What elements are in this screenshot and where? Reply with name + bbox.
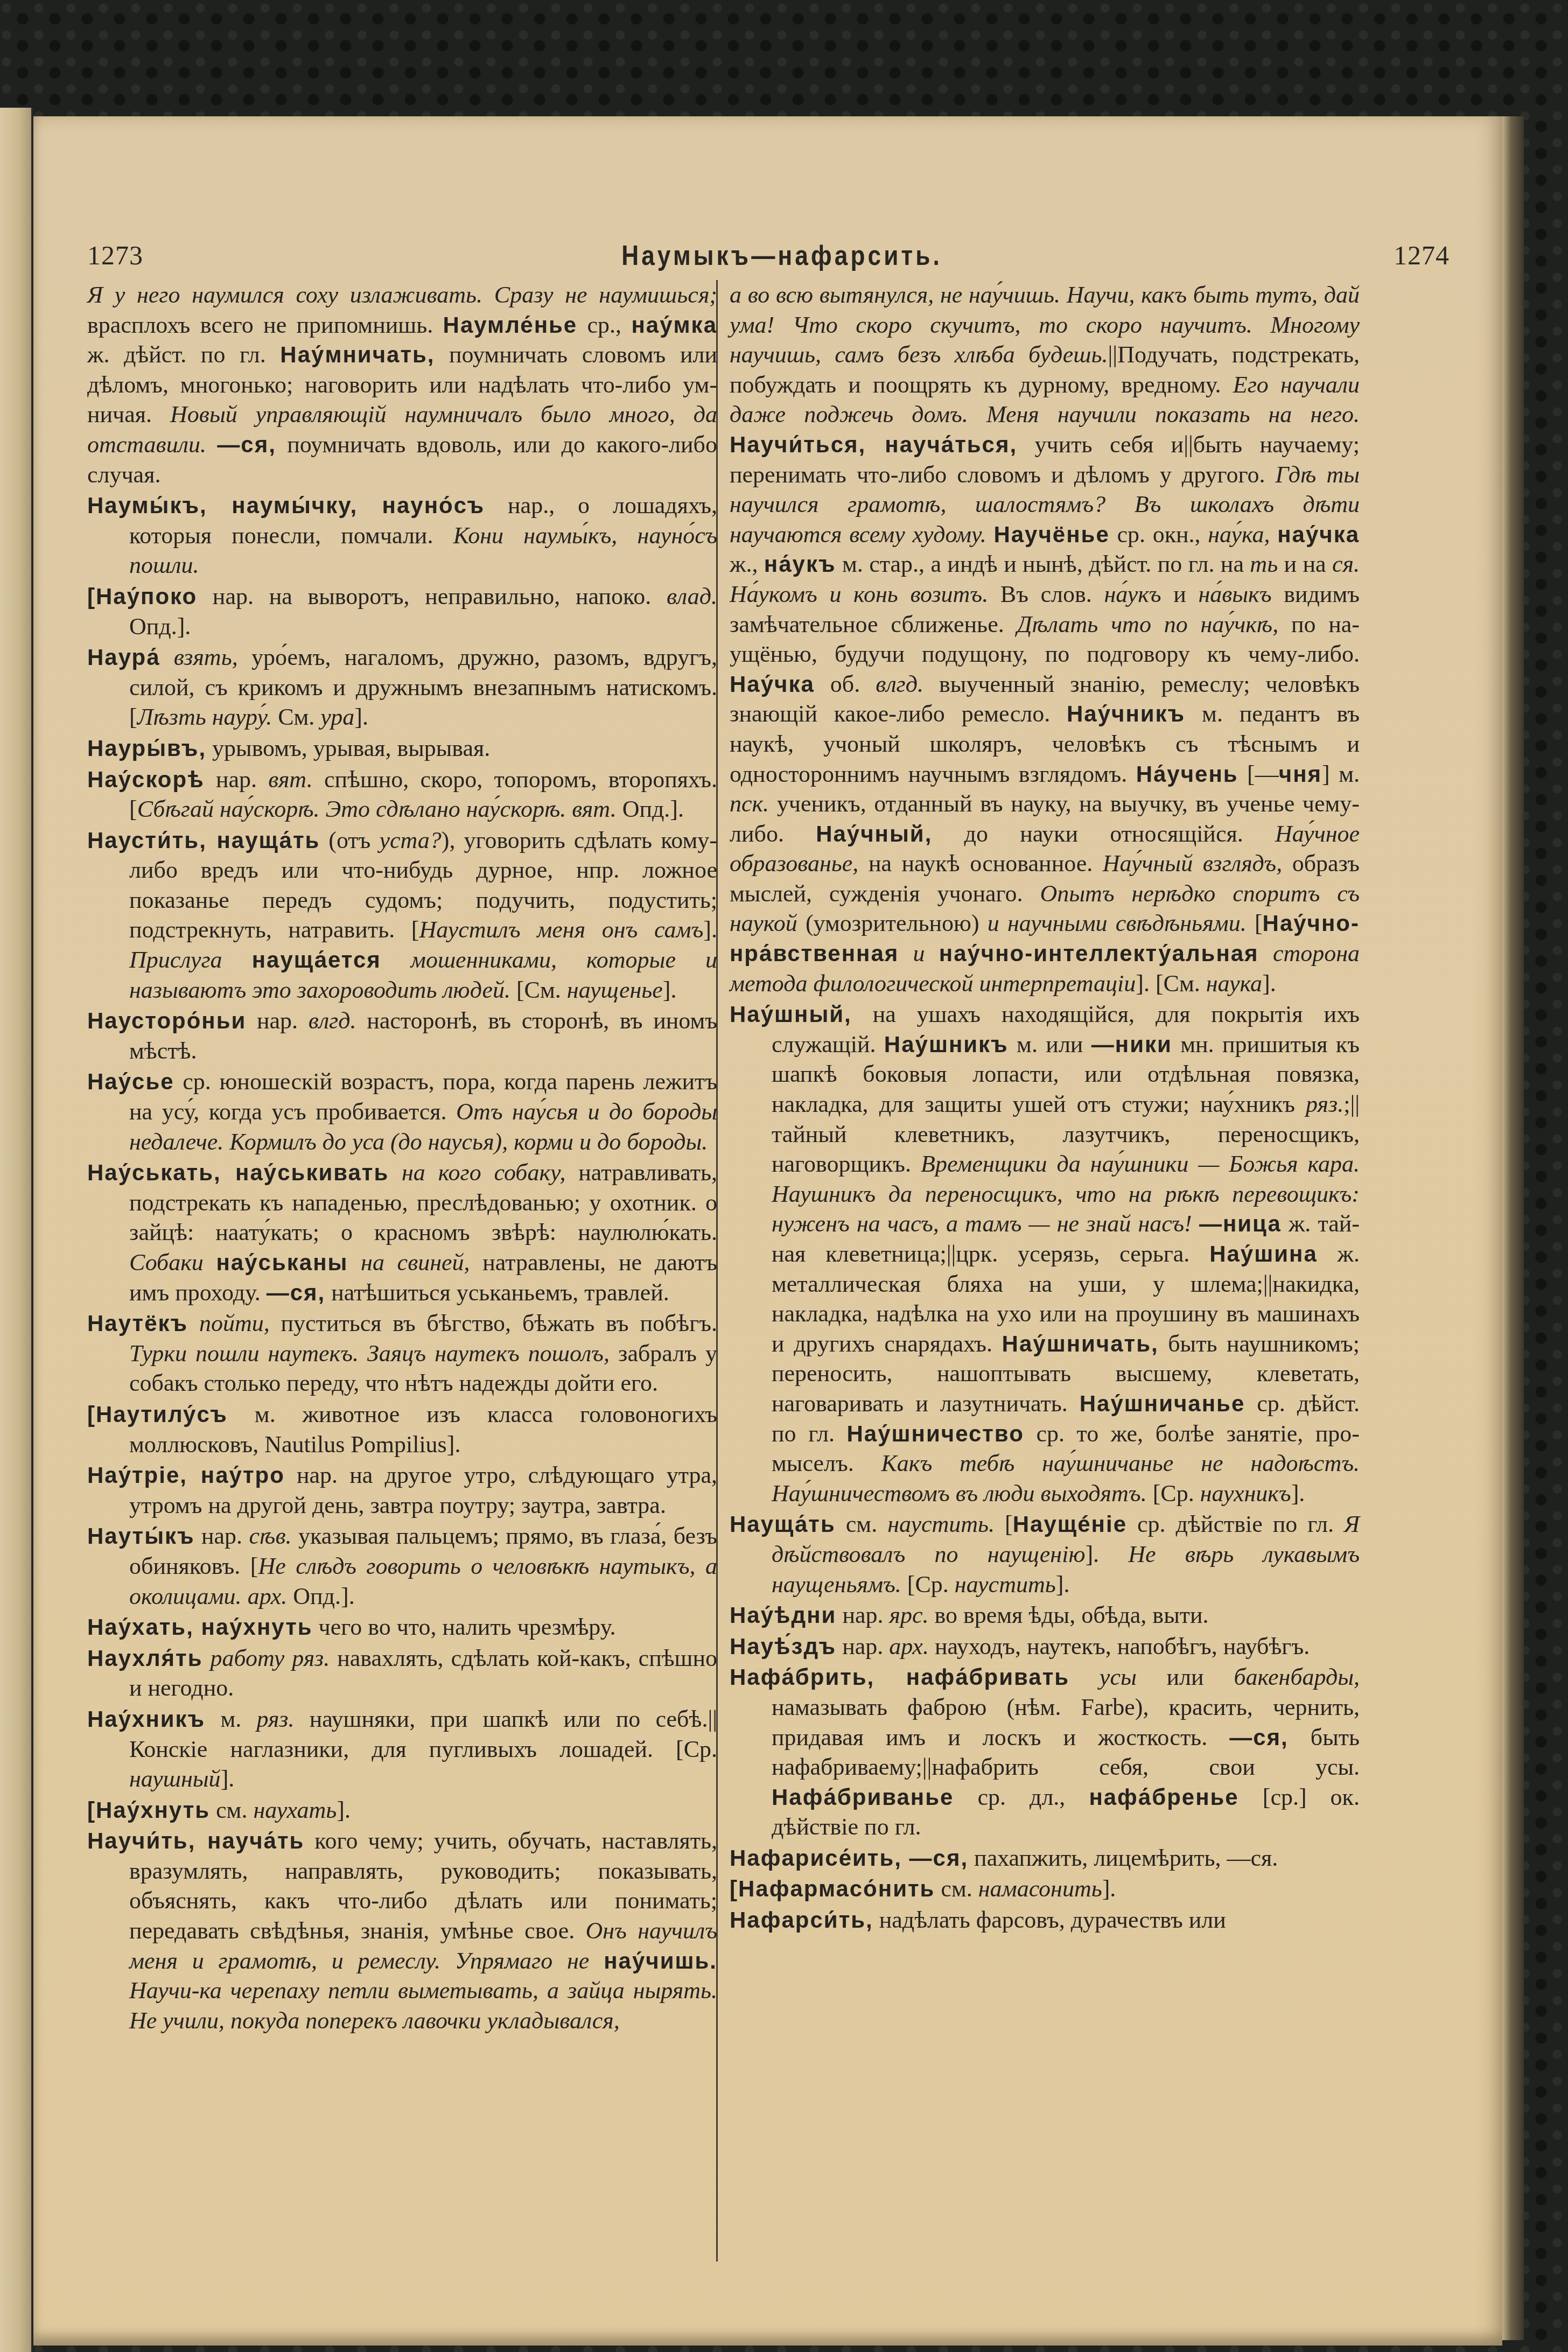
definition-text: нар. [195, 1523, 249, 1549]
headword: На́учень [1136, 761, 1238, 787]
italic-example: наустить [955, 1571, 1056, 1598]
headword: Нау́хать, нау́хнуть [87, 1614, 313, 1640]
italic-example: и научными свѣдѣньями. [988, 910, 1247, 936]
definition-text: ср., [577, 312, 631, 338]
italic-example: Наустилъ меня онъ самъ [419, 916, 704, 943]
italic-example: ряз. [1306, 1091, 1343, 1117]
definition-text [389, 1159, 402, 1186]
definition-text: и [1161, 581, 1199, 607]
italic-example: взять, [174, 644, 238, 670]
definition-text: ]. [1291, 1480, 1305, 1507]
dictionary-entry: [Нау́поко нар. на выворотъ, неправильно,… [87, 582, 717, 641]
headword: нау́ськаны [216, 1250, 348, 1275]
dictionary-entry: Нау́ськать, нау́ськивать на кого собаку,… [87, 1158, 717, 1307]
definition-text: урывомъ, урывая, вырывая. [206, 735, 490, 761]
definition-text: ]. [703, 916, 717, 943]
definition-text: нар. на выворотъ, неправильно, напоко. [197, 583, 667, 610]
page-number-right: 1274 [1394, 240, 1450, 271]
headword: Нау́ськать, нау́ськивать [87, 1160, 389, 1185]
definition-text: ср. дл., [954, 1784, 1089, 1810]
definition-text [1270, 521, 1277, 548]
page-number-left: 1273 [87, 240, 143, 271]
definition-text: надѣлать фарсовъ, дурачествъ или [873, 1907, 1226, 1933]
headword: Нау́шничество [847, 1421, 1024, 1446]
headword: Нау́шничанье [1080, 1391, 1245, 1416]
italic-example: на́укъ [1104, 581, 1161, 607]
definition-text [1069, 1664, 1100, 1690]
headword: Наусторо́ньи [87, 1008, 246, 1033]
definition-text: м. или [1009, 1031, 1091, 1058]
dictionary-entry: Нау́хникъ м. ряз. наушняки, при шапкѣ ил… [87, 1704, 717, 1794]
italic-example: пск. [730, 790, 769, 817]
dictionary-entry: Нафарисе́ить, —ся, пахапжить, лицемѣрить… [730, 1843, 1360, 1873]
headword: нау́мка [631, 312, 717, 338]
headword: Наумле́нье [443, 312, 578, 338]
definition-text: ]. [354, 704, 368, 730]
definition-text: (умозрительною) [797, 910, 988, 936]
headword: нафа́бренье [1089, 1784, 1238, 1810]
definition-text: [ [995, 1511, 1013, 1537]
headword: [Нау́поко [87, 584, 197, 609]
headword: Наущéніе [1013, 1511, 1127, 1537]
definition-text [222, 947, 252, 973]
definition-text: об. [815, 671, 876, 697]
definition-text: см. [935, 1875, 978, 1902]
headword: —ся, [267, 1280, 326, 1305]
headword: —ся, [217, 432, 276, 457]
italic-example: усы [1100, 1664, 1137, 1690]
headword: Наутёкъ [87, 1311, 188, 1336]
definition-text: чего во что, налить чрезмѣру. [313, 1614, 616, 1640]
headword: Нафа́брить, нафа́бривать [730, 1664, 1069, 1690]
definition-text: Опд.]. [129, 613, 191, 640]
right-column: а во всю вытянулся, не нау́чишь. Научи, … [730, 280, 1360, 1936]
italic-example: ть [1250, 551, 1278, 577]
definition-text: ]. [См. [1136, 970, 1206, 997]
headword: [Нафармасо́нить [730, 1876, 935, 1901]
definition-text: (отъ [320, 827, 379, 853]
italic-example: На́укомъ и конь возитъ. [730, 581, 988, 607]
left-page-edge [0, 108, 33, 2352]
italic-example: влгд. [309, 1007, 356, 1034]
italic-example: наушный [129, 1766, 221, 1792]
definition-text: и на [1278, 551, 1332, 577]
headword: чня [1279, 761, 1322, 787]
headword: Нау́шникъ [884, 1032, 1009, 1057]
dictionary-entry: [Нау́хнуть см. наухать]. [87, 1795, 717, 1825]
definition-text: [— [1238, 761, 1279, 787]
definition-text: науходъ, наутекъ, напобѣгъ, наубѣгъ. [929, 1633, 1310, 1660]
dictionary-entry: Нафарси́ть, надѣлать фарсовъ, дурачествъ… [730, 1905, 1360, 1935]
italic-example: на кого собаку, [402, 1159, 565, 1186]
definition-text: [Ср. [901, 1571, 955, 1598]
headword: Нау́мничать, [280, 342, 435, 367]
italic-example: Нау́чный взглядъ, [1103, 850, 1282, 877]
italic-example: Сбѣгай нау́скорѣ. Это сдѣлано на­у́скорѣ… [137, 796, 566, 822]
definition-text: нар. [836, 1633, 889, 1660]
headword: Нау́сье [87, 1069, 174, 1094]
italic-example: ура [320, 704, 354, 730]
italic-example: ряз. [256, 1706, 294, 1732]
headword: Наухля́ть [87, 1646, 203, 1671]
definition-text: ж. дѣйст. по гл. [87, 341, 280, 368]
column-divider [716, 280, 718, 2262]
definition-text: ]. [663, 977, 677, 1003]
headword: —ники [1091, 1032, 1172, 1057]
headword: [Наутилу́съ [87, 1402, 228, 1427]
definition-text [242, 1583, 248, 1609]
headword: Научёнье [993, 522, 1109, 547]
page-fore-edge [1502, 116, 1524, 2340]
definition-text: См. [272, 704, 320, 730]
definition-text: нар. [246, 1007, 308, 1034]
headword: Нау́хникъ [87, 1706, 205, 1732]
definition-text: [ [1247, 910, 1263, 936]
italic-example: и [913, 940, 925, 967]
dictionary-entry: Наусти́ть, науща́ть (отъ уста?), уговори… [87, 825, 717, 1005]
definition-text: на наукѣ основан­ное. [858, 850, 1102, 877]
dictionary-entry: Наура́ взять, уро́емъ, нагаломъ, дружно,… [87, 642, 717, 732]
definition-text: нар. [205, 766, 269, 793]
headword: Науща́ть [730, 1511, 836, 1537]
definition-text [589, 1948, 604, 1974]
definition-text [206, 431, 217, 458]
definition-text [381, 947, 411, 973]
italic-example: наухать [253, 1797, 337, 1823]
definition-text: пуститься въ бѣгство, бѣжать въ побѣгъ. [270, 1310, 717, 1336]
headword: Наусти́ть, науща́ть [87, 828, 320, 853]
definition-text: ]. [1262, 970, 1276, 997]
italic-example: бакенбарды, [1234, 1664, 1360, 1690]
italic-example: арх. [889, 1633, 929, 1660]
headword: —ница [1199, 1211, 1282, 1236]
headword: Нау́скорѣ [87, 767, 205, 792]
headword: нау́чно-интеллекту́аль­ная [939, 941, 1259, 966]
definition-text: м. [205, 1706, 256, 1732]
dictionary-entry: Нау́хать, нау́хнуть чего во что, налить … [87, 1612, 717, 1642]
italic-example: Прислуга [129, 947, 222, 973]
running-head: 1273 Наумыкъ—нафарсить. 1274 [87, 240, 1476, 277]
definition-text: натѣшиться уськаньемъ, травлей. [325, 1279, 669, 1306]
dictionary-entry: Нау́ѣдни нар. ярс. во время ѣды, обѣда, … [730, 1600, 1360, 1630]
italic-example: наух­никъ [1200, 1480, 1291, 1507]
dictionary-entry: Нау́тріе, нау́тро нар. на другое утро, с… [87, 1460, 717, 1520]
definition-text: ]. [1102, 1875, 1116, 1902]
definition-text [348, 1249, 361, 1276]
dictionary-entry: Науща́ть см. наустить. [Наущéніе ср. дѣй… [730, 1509, 1360, 1599]
definition-text: во время ѣды, обѣда, выти. [928, 1602, 1208, 1628]
definition-text [925, 940, 939, 967]
italic-example: на свиней, [361, 1249, 470, 1276]
dictionary-entry: Нау́скорѣ нар. вят. спѣшно, скоро, топор… [87, 765, 717, 824]
headword: Наура́ [87, 645, 160, 670]
definition-text: пахапжить, лицемѣрить, —ся. [968, 1845, 1278, 1871]
dictionary-entry: Науры́въ, урывомъ, урывая, вырывая. [87, 733, 717, 764]
definition-text: ]. [221, 1766, 235, 1792]
italic-example: наука [1206, 970, 1262, 997]
definition-text: или [1137, 1664, 1234, 1690]
italic-example: работу ряз. [210, 1645, 330, 1671]
definition-text: [Ср. [1147, 1480, 1200, 1507]
headword: на́укъ [764, 551, 836, 577]
headword: науща́ется [252, 947, 381, 972]
definition-text: ]. [1056, 1571, 1070, 1598]
italic-example: Турки пошли наутекъ. Заяцъ наутекъ пошол… [129, 1340, 610, 1367]
definition-text: ср. окн., [1110, 521, 1208, 548]
definition-text [566, 796, 572, 822]
italic-example: Собаки [129, 1249, 204, 1276]
definition-text [204, 1249, 216, 1276]
dictionary-entry: Наухля́ть работу ряз. навахлять, сдѣлать… [87, 1643, 717, 1703]
dictionary-entry: Нау́сье ср. юношескій возрастъ, пора, ко… [87, 1067, 717, 1157]
definition-text [899, 940, 913, 967]
italic-example: вят. [268, 766, 312, 793]
italic-example: Дѣлать что по нау́чкѣ, [1017, 611, 1278, 638]
headword: Научи́ться, науча́ться, [730, 432, 1017, 457]
headword: Научи́ть, науча́ть [87, 1828, 304, 1853]
entry-continuation: а во всю вытянулся, не нау́чишь. Научи, … [730, 280, 1360, 998]
headword: Науры́въ, [87, 736, 206, 761]
definition-text: см. [836, 1511, 887, 1537]
dictionary-entry: Наумы́къ, наумы́чку, науно́съ нар., о ло… [87, 491, 717, 580]
italic-example: ся. [1332, 551, 1360, 577]
italic-example: наущенье [567, 977, 663, 1003]
definition-text: ]. [1085, 1541, 1128, 1567]
definition-text [188, 1310, 199, 1336]
italic-example: нау́ка, [1208, 521, 1270, 548]
dictionary-entry: Наусторо́ньи нар. влгд. насторонѣ, въ ст… [87, 1006, 717, 1066]
definition-text: ] м. [1322, 761, 1360, 787]
definition-text: Опд.]. [287, 1583, 354, 1609]
italic-example: Лѣзть науру́. [137, 704, 272, 730]
definition-text: ж., [730, 551, 764, 577]
italic-example: намасонить [978, 1875, 1102, 1902]
headword: Нау́чникъ [1067, 701, 1185, 726]
headword: Нау́ѣдни [730, 1602, 836, 1628]
definition-text: см. [210, 1797, 253, 1823]
definition-text [203, 1645, 211, 1671]
headword: нау́чка [1277, 522, 1360, 547]
definition-text [1259, 940, 1273, 967]
headword: Наумы́къ, наумы́чку, науно́съ [87, 493, 485, 518]
dictionary-entry: [Наутилу́съ м. животное изъ класса голов… [87, 1399, 717, 1459]
headword: Нау́чка [730, 671, 815, 697]
headword: Нафарисе́ить, —ся, [730, 1845, 968, 1871]
headword: На­у́шничать, [1002, 1331, 1159, 1356]
definition-text: м. стар., а индѣ и ны­нѣ, дѣйст. по гл. … [836, 551, 1250, 577]
definition-text: Въ слов. [988, 581, 1104, 607]
headword: Нафарси́ть, [730, 1907, 873, 1933]
headword: Нау́тріе, нау́тро [87, 1462, 285, 1488]
italic-example: влад. [667, 583, 717, 610]
italic-example: вят. [572, 796, 616, 822]
left-column: Я у него наумился соху излаживать. Сразу… [87, 280, 717, 2036]
entry-continuation: Я у него наумился соху излаживать. Сразу… [87, 280, 717, 489]
headword: Нау́чный, [816, 821, 932, 846]
headword: [Нау́хнуть [87, 1797, 210, 1823]
running-head-title: Наумыкъ—нафарсить. [192, 240, 1373, 272]
headword: —ся, [1229, 1725, 1289, 1750]
definition-text: до науки относя­щійся. [932, 821, 1275, 847]
headword: Нау́шный, [730, 1002, 852, 1027]
italic-example: арх. [248, 1583, 288, 1609]
headword: нау́чишь. [604, 1948, 717, 1973]
definition-text [1192, 1210, 1199, 1237]
definition-text [986, 521, 994, 548]
dictionary-entry: [Нафармасо́нить см. намасонить]. [730, 1874, 1360, 1904]
italic-example: пойти, [199, 1310, 270, 1336]
definition-text [160, 644, 174, 670]
definition-text: [См. [510, 977, 567, 1003]
italic-example: уста? [379, 827, 441, 853]
italic-example: на́выкъ [1198, 581, 1271, 607]
italic-example: Научи-ка че­репаху петли выметывать, а з… [129, 1977, 717, 2034]
definition-text: нар. [836, 1602, 889, 1628]
italic-example: сѣв. [249, 1523, 292, 1549]
dictionary-entry: Науты́къ нар. сѣв. указывая пальцемъ; пр… [87, 1521, 717, 1611]
italic-example: влгд. [876, 671, 923, 697]
headword: Нау́шина [1209, 1241, 1318, 1266]
dictionary-entry: Науѣ́здъ нар. арх. науходъ, наутекъ, нап… [730, 1632, 1360, 1662]
definition-text: врасплохъ всего не припомнишь. [87, 312, 443, 338]
italic-example: Я у него наумился соху излаживать. Сразу… [87, 282, 717, 308]
dictionary-entry: Научи́ть, науча́ть кого чему; учить, обу… [87, 1826, 717, 2035]
dictionary-entry: Наутёкъ пойти, пуститься въ бѣгство, бѣж… [87, 1308, 717, 1398]
definition-text: ср. дѣйствіе по гл. [1127, 1511, 1344, 1537]
italic-example: наустить. [887, 1511, 995, 1537]
headword: Науты́къ [87, 1523, 195, 1549]
definition-text: ]. [337, 1797, 351, 1823]
dictionary-entry: Нафа́брить, нафа́бривать усы или бакенба… [730, 1662, 1360, 1842]
definition-text: Опд.]. [617, 796, 684, 822]
dictionary-entry: Нау́шный, на ушахъ находящійся, для покр… [730, 999, 1360, 1508]
headword: Нафа́бриванье [772, 1784, 954, 1810]
headword: Науѣ́здъ [730, 1634, 836, 1659]
italic-example: ярс. [889, 1602, 928, 1628]
